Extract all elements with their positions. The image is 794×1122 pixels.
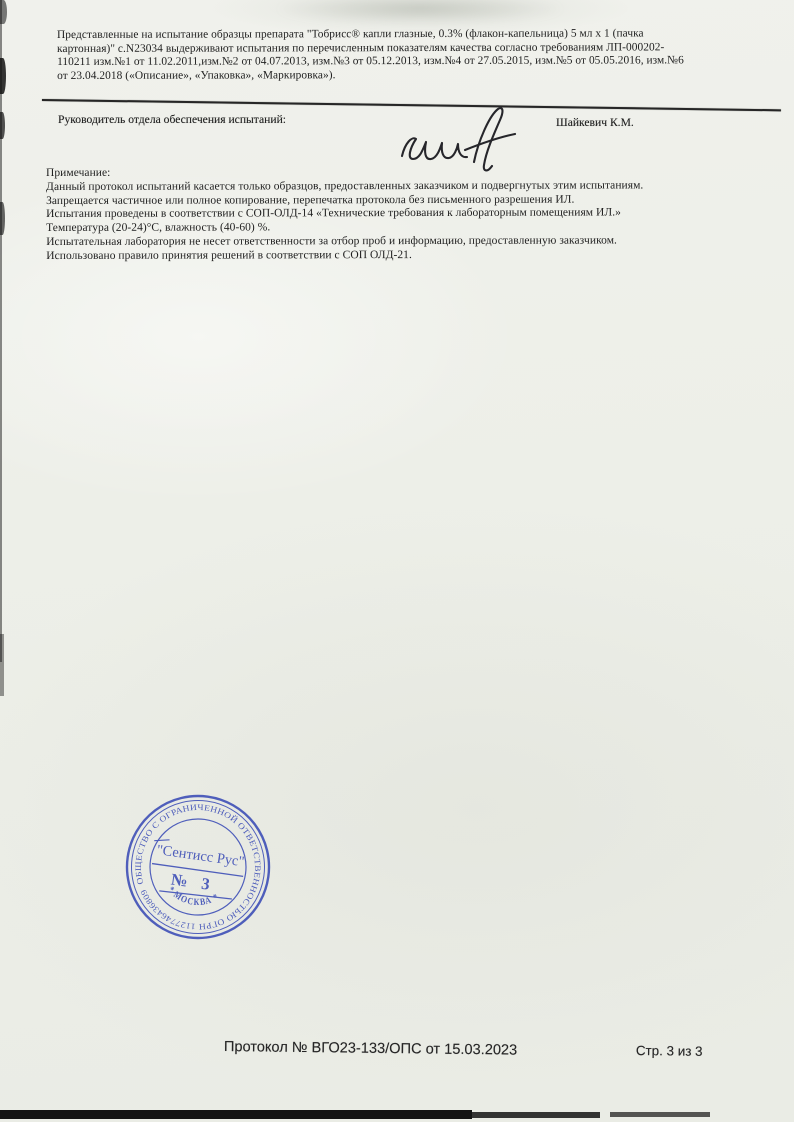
- intro-paragraph: Представленные на испытание образцы преп…: [57, 27, 684, 83]
- note-line: Испытания проведены в соответствии с СОП…: [46, 207, 643, 222]
- footer-page-indicator: Стр. 3 из 3: [636, 1043, 703, 1059]
- scan-edge-bottom: [472, 1112, 600, 1118]
- scanned-document-page: Представленные на испытание образцы преп…: [0, 0, 794, 1122]
- scan-blob: [0, 634, 4, 696]
- note-line: Данный протокол испытаний касается тольк…: [46, 179, 643, 194]
- intro-line: от 23.04.2018 («Описание», «Упаковка», «…: [57, 68, 684, 83]
- signatory-name: Шайкевич К.М.: [556, 116, 634, 129]
- intro-line: 110211 изм.№1 от 11.02.2011,изм.№2 от 04…: [57, 55, 684, 70]
- scan-blob: [0, 112, 5, 139]
- scan-blob: [0, 202, 5, 235]
- scan-edge-left: [0, 0, 2, 662]
- footer-protocol-number: Протокол № ВГО23-133/ОПС от 15.03.2023: [224, 1039, 518, 1059]
- scan-smudge-top: [275, 0, 565, 24]
- company-stamp: ОБЩЕСТВО С ОГРАНИЧЕННОЙ ОТВЕТСТВЕННОСТЬЮ…: [94, 763, 302, 971]
- scan-edge-bottom: [0, 1110, 472, 1119]
- note-line: Использовано правило принятия решений в …: [46, 248, 643, 263]
- scan-blob: [0, 58, 6, 94]
- signatory-role: Руководитель отдела обеспечения испытани…: [58, 113, 286, 126]
- notes-block: Примечание: Данный протокол испытаний ка…: [46, 165, 644, 263]
- intro-line: Представленные на испытание образцы преп…: [57, 27, 684, 42]
- scan-blob: [0, 0, 7, 24]
- scan-edge-bottom: [610, 1112, 710, 1117]
- note-line: Испытательная лаборатория не несет ответ…: [46, 234, 643, 249]
